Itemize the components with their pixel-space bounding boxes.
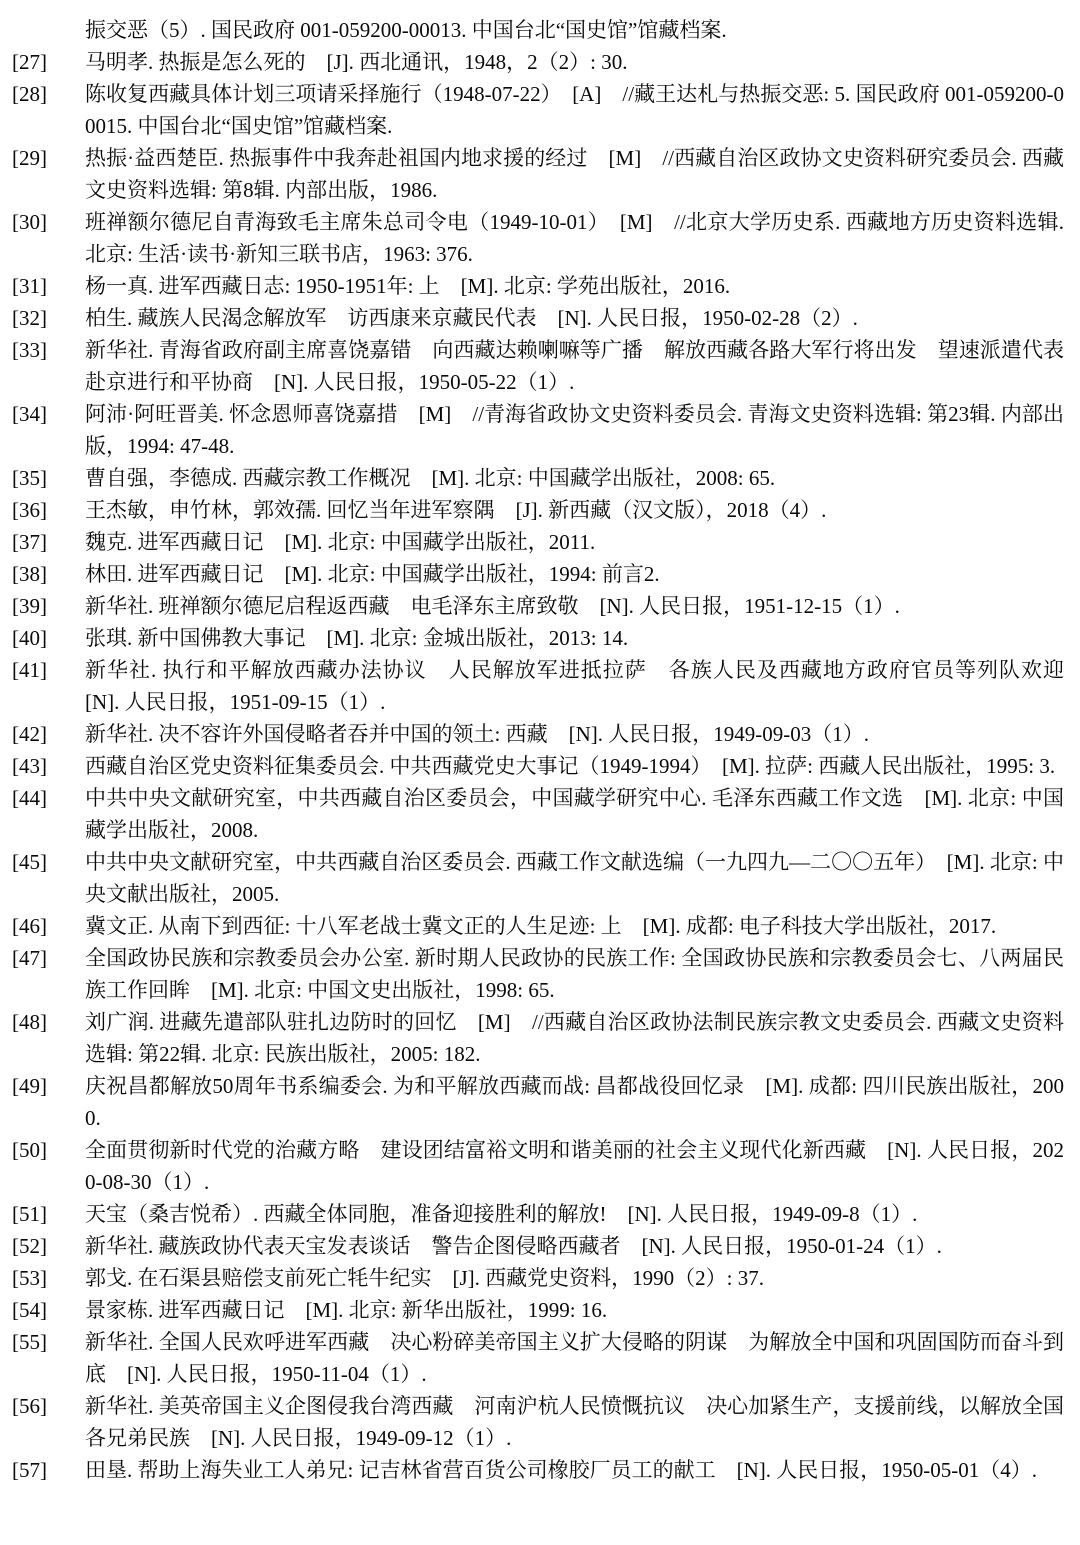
reference-text: 田垦. 帮助上海失业工人弟兄: 记吉林省营百货公司橡胶厂员工的献工 [N]. 人…: [85, 1454, 1064, 1486]
reference-number: [45]: [12, 846, 85, 878]
reference-entry: [37] 魏克. 进军西藏日记 [M]. 北京: 中国藏学出版社，2011.: [12, 526, 1064, 558]
reference-number: [35]: [12, 462, 85, 494]
reference-entry: [47] 全国政协民族和宗教委员会办公室. 新时期人民政协的民族工作: 全国政协…: [12, 942, 1064, 1006]
reference-text: 班禅额尔德尼自青海致毛主席朱总司令电（1949-10-01） [M] //北京大…: [85, 206, 1064, 270]
reference-entry: [36] 王杰敏，申竹林，郭效孺. 回忆当年进军察隅 [J]. 新西藏（汉文版）…: [12, 494, 1064, 526]
reference-entry: [56] 新华社. 美英帝国主义企图侵我台湾西藏 河南沪杭人民愤慨抗议 决心加紧…: [12, 1390, 1064, 1454]
reference-entry: [31] 杨一真. 进军西藏日志: 1950-1951年: 上 [M]. 北京:…: [12, 270, 1064, 302]
reference-number: [27]: [12, 46, 85, 78]
reference-text: 曹自强，李德成. 西藏宗教工作概况 [M]. 北京: 中国藏学出版社，2008:…: [85, 462, 1064, 494]
reference-number: [28]: [12, 78, 85, 110]
reference-entry: [33] 新华社. 青海省政府副主席喜饶嘉错 向西藏达赖喇嘛等广播 解放西藏各路…: [12, 334, 1064, 398]
reference-text: 庆祝昌都解放50周年书系编委会. 为和平解放西藏而战: 昌都战役回忆录 [M].…: [85, 1070, 1064, 1134]
reference-entry: [50] 全面贯彻新时代党的治藏方略 建设团结富裕文明和谐美丽的社会主义现代化新…: [12, 1134, 1064, 1198]
reference-text: 新华社. 决不容许外国侵略者吞并中国的领土: 西藏 [N]. 人民日报，1949…: [85, 718, 1064, 750]
reference-number: [31]: [12, 270, 85, 302]
reference-text: 全国政协民族和宗教委员会办公室. 新时期人民政协的民族工作: 全国政协民族和宗教…: [85, 942, 1064, 1006]
reference-entry: [49] 庆祝昌都解放50周年书系编委会. 为和平解放西藏而战: 昌都战役回忆录…: [12, 1070, 1064, 1134]
reference-text: 魏克. 进军西藏日记 [M]. 北京: 中国藏学出版社，2011.: [85, 526, 1064, 558]
reference-entry: [48] 刘广润. 进藏先遣部队驻扎边防时的回忆 [M] //西藏自治区政协法制…: [12, 1006, 1064, 1070]
reference-text: 天宝（桑吉悦希）. 西藏全体同胞，准备迎接胜利的解放! [N]. 人民日报，19…: [85, 1198, 1064, 1230]
reference-number: [49]: [12, 1070, 85, 1102]
reference-text: 新华社. 执行和平解放西藏办法协议 人民解放军进抵拉萨 各族人民及西藏地方政府官…: [85, 654, 1064, 718]
reference-text: 中共中央文献研究室，中共西藏自治区委员会，中国藏学研究中心. 毛泽东西藏工作文选…: [85, 782, 1064, 846]
reference-text: 杨一真. 进军西藏日志: 1950-1951年: 上 [M]. 北京: 学苑出版…: [85, 270, 1064, 302]
reference-number: [32]: [12, 302, 85, 334]
reference-text: 林田. 进军西藏日记 [M]. 北京: 中国藏学出版社，1994: 前言2.: [85, 558, 1064, 590]
reference-number: [46]: [12, 910, 85, 942]
bibliography-page: 振交恶（5）. 国民政府 001-059200-00013. 中国台北“国史馆”…: [0, 0, 1080, 1545]
reference-entry: [41] 新华社. 执行和平解放西藏办法协议 人民解放军进抵拉萨 各族人民及西藏…: [12, 654, 1064, 718]
reference-text: 王杰敏，申竹林，郭效孺. 回忆当年进军察隅 [J]. 新西藏（汉文版），2018…: [85, 494, 1064, 526]
reference-entry: [42] 新华社. 决不容许外国侵略者吞并中国的领土: 西藏 [N]. 人民日报…: [12, 718, 1064, 750]
reference-text: 热振·益西楚臣. 热振事件中我奔赴祖国内地求援的经过 [M] //西藏自治区政协…: [85, 142, 1064, 206]
reference-number: [47]: [12, 942, 85, 974]
reference-entry: [46] 冀文正. 从南下到西征: 十八军老战士冀文正的人生足迹: 上 [M].…: [12, 910, 1064, 942]
reference-entry: [43] 西藏自治区党史资料征集委员会. 中共西藏党史大事记（1949-1994…: [12, 750, 1064, 782]
reference-continuation-text: 振交恶（5）. 国民政府 001-059200-00013. 中国台北“国史馆”…: [85, 14, 1064, 46]
reference-text: 陈收复西藏具体计划三项请采择施行（1948-07-22） [A] //藏王达札与…: [85, 78, 1064, 142]
reference-number: [36]: [12, 494, 85, 526]
reference-entry: [55] 新华社. 全国人民欢呼进军西藏 决心粉碎美帝国主义扩大侵略的阴谋 为解…: [12, 1326, 1064, 1390]
reference-list: [27] 马明孝. 热振是怎么死的 [J]. 西北通讯，1948，2（2）: 3…: [12, 46, 1064, 1486]
reference-number: [43]: [12, 750, 85, 782]
reference-entry: [54] 景家栋. 进军西藏日记 [M]. 北京: 新华出版社，1999: 16…: [12, 1294, 1064, 1326]
reference-number: [54]: [12, 1294, 85, 1326]
reference-number: [56]: [12, 1390, 85, 1422]
reference-number: [50]: [12, 1134, 85, 1166]
reference-entry: [32] 柏生. 藏族人民渴念解放军 访西康来京藏民代表 [N]. 人民日报，1…: [12, 302, 1064, 334]
reference-text: 郭戈. 在石渠县赔偿支前死亡牦牛纪实 [J]. 西藏党史资料，1990（2）: …: [85, 1262, 1064, 1294]
reference-text: 新华社. 青海省政府副主席喜饶嘉错 向西藏达赖喇嘛等广播 解放西藏各路大军行将出…: [85, 334, 1064, 398]
reference-entry: [29] 热振·益西楚臣. 热振事件中我奔赴祖国内地求援的经过 [M] //西藏…: [12, 142, 1064, 206]
reference-entry: [28] 陈收复西藏具体计划三项请采择施行（1948-07-22） [A] //…: [12, 78, 1064, 142]
reference-number: [34]: [12, 398, 85, 430]
reference-text: 西藏自治区党史资料征集委员会. 中共西藏党史大事记（1949-1994） [M]…: [85, 750, 1064, 782]
reference-text: 新华社. 班禅额尔德尼启程返西藏 电毛泽东主席致敬 [N]. 人民日报，1951…: [85, 590, 1064, 622]
reference-entry: [35] 曹自强，李德成. 西藏宗教工作概况 [M]. 北京: 中国藏学出版社，…: [12, 462, 1064, 494]
reference-number: [51]: [12, 1198, 85, 1230]
reference-entry: [27] 马明孝. 热振是怎么死的 [J]. 西北通讯，1948，2（2）: 3…: [12, 46, 1064, 78]
reference-number: [30]: [12, 206, 85, 238]
reference-text: 中共中央文献研究室，中共西藏自治区委员会. 西藏工作文献选编（一九四九—二〇〇五…: [85, 846, 1064, 910]
reference-entry: [52] 新华社. 藏族政协代表天宝发表谈话 警告企图侵略西藏者 [N]. 人民…: [12, 1230, 1064, 1262]
reference-entry: [30] 班禅额尔德尼自青海致毛主席朱总司令电（1949-10-01） [M] …: [12, 206, 1064, 270]
reference-text: 阿沛·阿旺晋美. 怀念恩师喜饶嘉措 [M] //青海省政协文史资料委员会. 青海…: [85, 398, 1064, 462]
reference-entry: [38] 林田. 进军西藏日记 [M]. 北京: 中国藏学出版社，1994: 前…: [12, 558, 1064, 590]
reference-number: [29]: [12, 142, 85, 174]
reference-text: 柏生. 藏族人民渴念解放军 访西康来京藏民代表 [N]. 人民日报，1950-0…: [85, 302, 1064, 334]
reference-text: 刘广润. 进藏先遣部队驻扎边防时的回忆 [M] //西藏自治区政协法制民族宗教文…: [85, 1006, 1064, 1070]
reference-number: [41]: [12, 654, 85, 686]
reference-entry: [57] 田垦. 帮助上海失业工人弟兄: 记吉林省营百货公司橡胶厂员工的献工 […: [12, 1454, 1064, 1486]
reference-number: [33]: [12, 334, 85, 366]
reference-number: [53]: [12, 1262, 85, 1294]
reference-text: 马明孝. 热振是怎么死的 [J]. 西北通讯，1948，2（2）: 30.: [85, 46, 1064, 78]
reference-text: 冀文正. 从南下到西征: 十八军老战士冀文正的人生足迹: 上 [M]. 成都: …: [85, 910, 1064, 942]
reference-number: [42]: [12, 718, 85, 750]
reference-text: 新华社. 全国人民欢呼进军西藏 决心粉碎美帝国主义扩大侵略的阴谋 为解放全中国和…: [85, 1326, 1064, 1390]
reference-entry: [53] 郭戈. 在石渠县赔偿支前死亡牦牛纪实 [J]. 西藏党史资料，1990…: [12, 1262, 1064, 1294]
reference-number: [52]: [12, 1230, 85, 1262]
reference-entry: [39] 新华社. 班禅额尔德尼启程返西藏 电毛泽东主席致敬 [N]. 人民日报…: [12, 590, 1064, 622]
reference-number: [39]: [12, 590, 85, 622]
reference-number: [37]: [12, 526, 85, 558]
reference-number: [40]: [12, 622, 85, 654]
reference-entry: [34] 阿沛·阿旺晋美. 怀念恩师喜饶嘉措 [M] //青海省政协文史资料委员…: [12, 398, 1064, 462]
reference-number: [48]: [12, 1006, 85, 1038]
reference-text: 新华社. 藏族政协代表天宝发表谈话 警告企图侵略西藏者 [N]. 人民日报，19…: [85, 1230, 1064, 1262]
reference-continuation-row: 振交恶（5）. 国民政府 001-059200-00013. 中国台北“国史馆”…: [12, 14, 1064, 46]
reference-text: 张琪. 新中国佛教大事记 [M]. 北京: 金城出版社，2013: 14.: [85, 622, 1064, 654]
reference-number: [38]: [12, 558, 85, 590]
reference-text: 全面贯彻新时代党的治藏方略 建设团结富裕文明和谐美丽的社会主义现代化新西藏 [N…: [85, 1134, 1064, 1198]
reference-entry: [45] 中共中央文献研究室，中共西藏自治区委员会. 西藏工作文献选编（一九四九…: [12, 846, 1064, 910]
reference-entry: [51] 天宝（桑吉悦希）. 西藏全体同胞，准备迎接胜利的解放! [N]. 人民…: [12, 1198, 1064, 1230]
reference-number: [55]: [12, 1326, 85, 1358]
reference-number: [57]: [12, 1454, 85, 1486]
reference-number: [44]: [12, 782, 85, 814]
reference-entry: [40] 张琪. 新中国佛教大事记 [M]. 北京: 金城出版社，2013: 1…: [12, 622, 1064, 654]
reference-entry: [44] 中共中央文献研究室，中共西藏自治区委员会，中国藏学研究中心. 毛泽东西…: [12, 782, 1064, 846]
reference-text: 景家栋. 进军西藏日记 [M]. 北京: 新华出版社，1999: 16.: [85, 1294, 1064, 1326]
reference-text: 新华社. 美英帝国主义企图侵我台湾西藏 河南沪杭人民愤慨抗议 决心加紧生产，支援…: [85, 1390, 1064, 1454]
